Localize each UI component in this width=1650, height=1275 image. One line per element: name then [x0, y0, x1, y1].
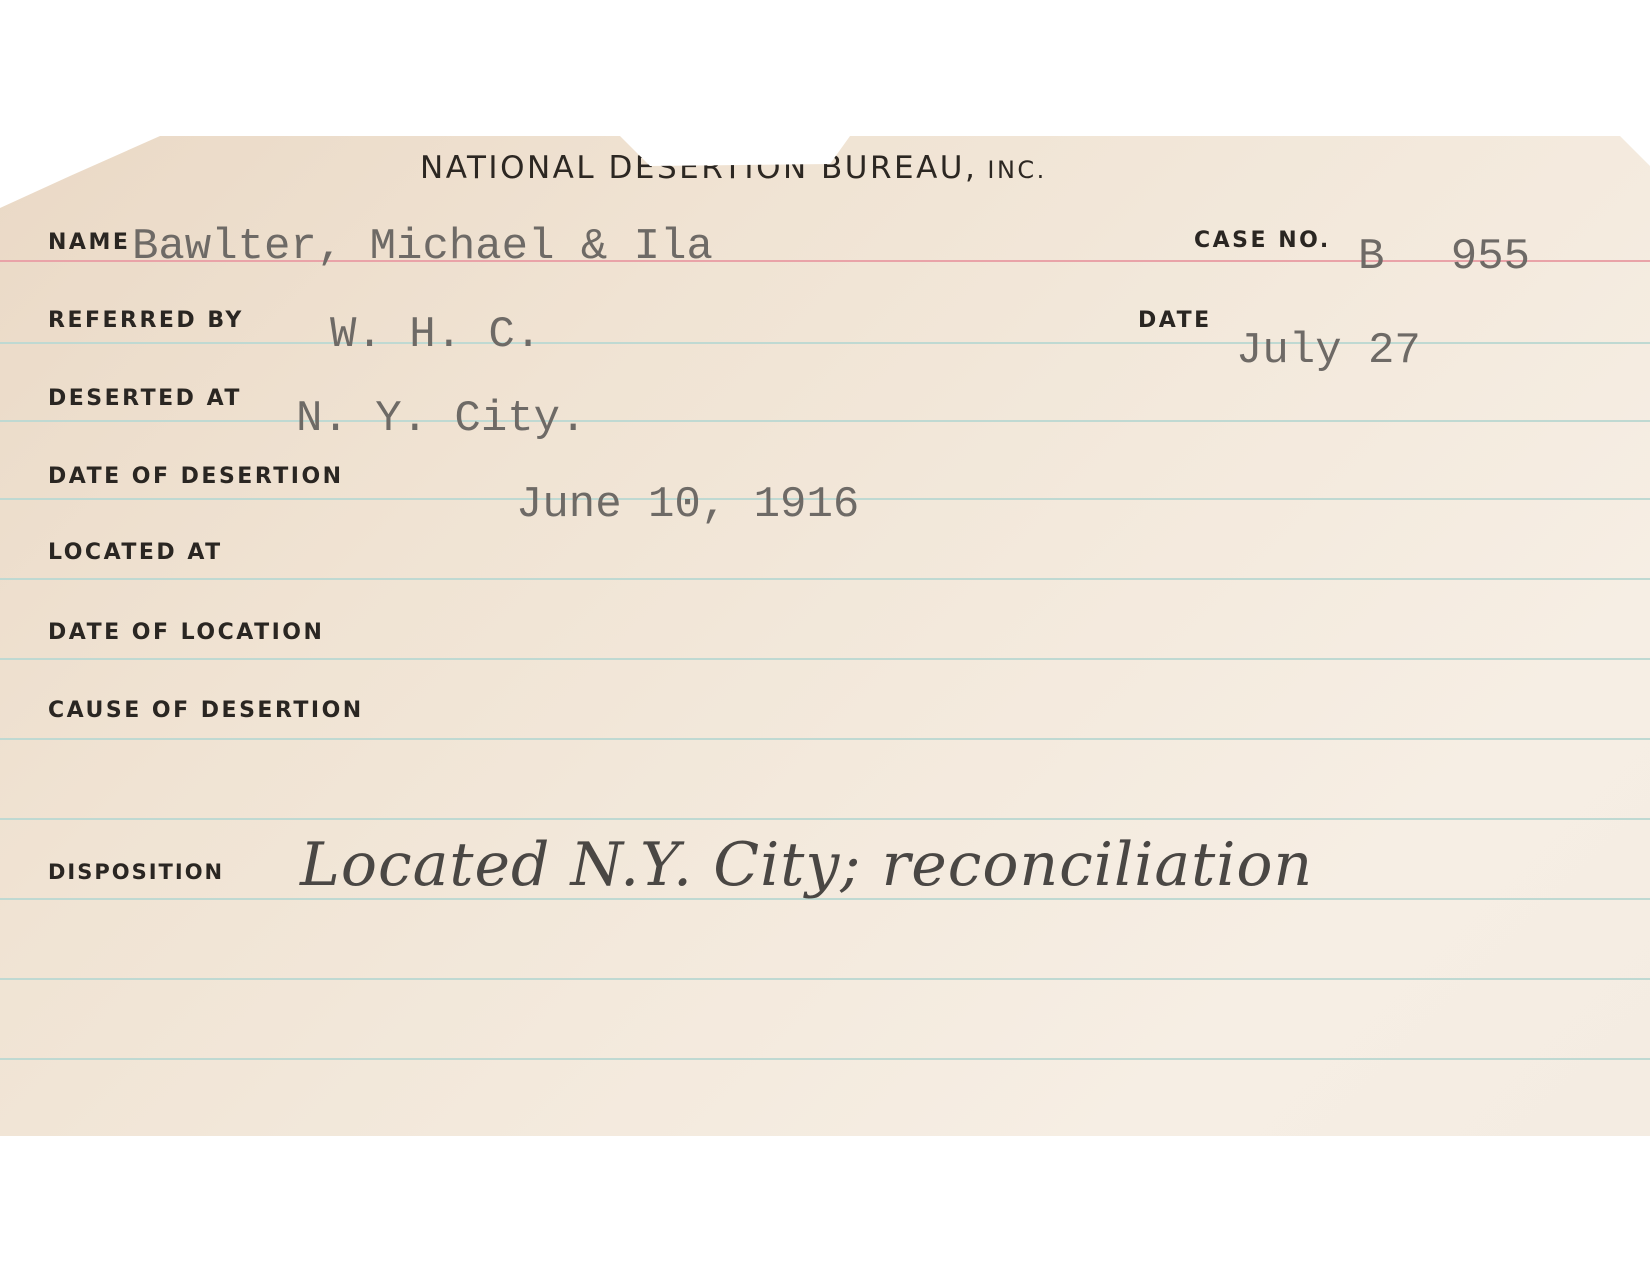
date-value: July 27	[1236, 326, 1421, 376]
blue-rule	[0, 420, 1650, 422]
disposition-label: DISPOSITION	[48, 860, 224, 884]
deserted-at-value: N. Y. City.	[296, 394, 586, 444]
bureau-title-suffix: INC.	[987, 156, 1046, 184]
case-no-value: B 955	[1358, 232, 1530, 282]
index-card: NATIONAL DESERTION BUREAU,INC. NAME Bawl…	[0, 136, 1650, 1136]
referred-by-label: REFERRED BY	[48, 308, 244, 333]
cause-of-desertion-label: CAUSE OF DESERTION	[48, 698, 364, 723]
blue-rule	[0, 978, 1650, 980]
date-label: DATE	[1138, 308, 1212, 333]
disposition-value: Located N.Y. City; reconciliation	[300, 830, 1313, 900]
blue-rule	[0, 578, 1650, 580]
blue-rule	[0, 658, 1650, 660]
referred-by-value: W. H. C.	[330, 310, 541, 360]
date-of-desertion-label: DATE OF DESERTION	[48, 464, 344, 489]
blue-rule	[0, 818, 1650, 820]
bureau-title: NATIONAL DESERTION BUREAU,INC.	[420, 150, 1047, 186]
deserted-at-label: DESERTED AT	[48, 386, 242, 411]
blue-rule	[0, 738, 1650, 740]
name-label: NAME	[48, 230, 130, 255]
located-at-label: LOCATED AT	[48, 540, 223, 565]
bureau-title-text: NATIONAL DESERTION BUREAU,	[420, 150, 977, 186]
date-of-location-label: DATE OF LOCATION	[48, 620, 324, 645]
name-value: Bawlter, Michael & Ila	[132, 222, 713, 272]
blue-rule	[0, 1058, 1650, 1060]
date-of-desertion-value: June 10, 1916	[516, 480, 859, 530]
case-no-label: CASE NO.	[1194, 228, 1331, 253]
